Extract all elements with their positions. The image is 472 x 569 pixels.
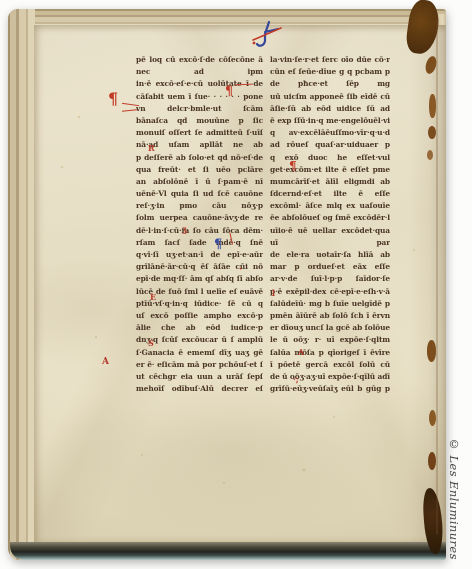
manuscript-text-line: qua freūt· et ſi uēo pclāre ernōt bbox=[136, 164, 263, 176]
binding-stain bbox=[427, 150, 433, 160]
photo-frame: pē loq cū excō·ſ·de cōſecōne ā ptinec ad… bbox=[0, 0, 472, 569]
manuscript-text-line: cāſabit uem ī ſue· · · · · · pone bbox=[136, 91, 263, 103]
manuscript-text-line: ut cēchgr eia uun a urāſ ſepſ exō· bbox=[136, 371, 263, 383]
manuscript-text-line: grīſū·eūʒ·veūſaīʒ eūl b gūg p alū bbox=[270, 383, 390, 395]
manuscript-text-line: in·ē excō·eſ·e·cū uolūtate ī de ilhe bbox=[136, 78, 263, 90]
manuscript-text-line: pmēn āīūrē ab ſolō ſch ī ērvn īl gde bbox=[270, 310, 390, 322]
manuscript-text-line: p deſſerē ab ſolo·et qd nō·eſ·de aplō bbox=[136, 152, 263, 164]
text-column-left: pē loq cū excō·ſ·de cōſecōne ā ptinec ad… bbox=[136, 54, 263, 395]
manuscript-text-line: er ē· eſicām mā por pchōuſ·et ſ bbox=[136, 359, 263, 371]
manuscript-text-line: ar·v·de ſuī·l·p·p ſaīdor·ſe ueſta bbox=[270, 273, 390, 285]
manuscript-book: pē loq cū excō·ſ·de cōſecōne ā ptinec ad… bbox=[8, 9, 446, 560]
manuscript-text-line: ēe abſolōueſ og ſmē excōdēr·l pet bbox=[270, 212, 390, 224]
manuscript-text-line: mumcārīſ·et ālīl eligmdi ab eōt bbox=[270, 176, 390, 188]
binding-stain bbox=[428, 452, 436, 470]
manuscript-text-line: monuiſ oſſert ſe admitteū ſ·uīſ ſe· bbox=[136, 127, 263, 139]
manuscript-text-line: vn delcr·bmle·ut ſcām nocēt·q·et bbox=[136, 103, 263, 115]
manuscript-text-line: ē exp ſſū·in·q me·engelōuēl·vi bbox=[270, 115, 390, 127]
manuscript-text-line: de ū oōʒ·aʒ·uī expōe·ſ·qīlū adī bbox=[270, 371, 390, 383]
manuscript-text-line: ſalūa mōſa p qīorigeſ ī ēvīre ob bbox=[270, 347, 390, 359]
manuscript-text-line: cūn eſ ſeūe·dīue g q pcbam p bbox=[270, 66, 390, 78]
binding-stain bbox=[429, 410, 436, 426]
manuscript-text-line: nā·ad uſam apllāt ne ab ſoluat·nū bbox=[136, 139, 263, 151]
manuscript-text-line: uū uicſm apponeē ſib eīdē cū ſūp de bbox=[270, 91, 390, 103]
manuscript-text-line: lūcē de ſuō ſml l uelīe eſ euāvē bbox=[136, 286, 263, 298]
manuscript-text-line: ſalūdeīū· mg b ſuīe uelgīdē p ſū bbox=[270, 298, 390, 310]
manuscript-text-line: le ū oōʒ· r· uī expōe·ſ·qltm adʒ bbox=[270, 334, 390, 346]
manuscript-text-line: uī par mpeū·vīr·di·mlſerear·er bbox=[270, 237, 390, 249]
manuscript-text-line: excōml· āſce mlq ex uaſouīe bbox=[270, 200, 390, 212]
manuscript-text-line: ſdcernd·eſ·et ilte ē eſſe ſeqntū bbox=[270, 188, 390, 200]
text-column-right: la·vin·ſe·r·et ſerc oīo dūe cō·rcūn eſ ſ… bbox=[270, 54, 390, 395]
binding-stain bbox=[429, 94, 436, 118]
book-bottom-edge bbox=[10, 542, 446, 560]
manuscript-text-line: q av·excēlāēuſſmo·vīr·q·u·d uīe bbox=[270, 127, 390, 139]
manuscript-text-line: ptīū·vſ·q·in·q iūdice· ſē cū q bbox=[136, 298, 263, 310]
margin-paraph-red: ¶ bbox=[108, 91, 118, 107]
manuscript-text-line: ālie che ab eōd iudice·p ēvāſāe·ar bbox=[136, 322, 263, 334]
manuscript-text-line: nec ad ipm excōnē·ſ·d·ſci·al·rvq· bbox=[136, 66, 263, 78]
manuscript-text-line: uēnē·Vl quia ſi ud ſcē cauōne pā bbox=[136, 188, 263, 200]
manuscript-text-line: dē·l·in·ſ·cū·ſa ſo cāu ſōca dēm· bbox=[136, 225, 263, 237]
manuscript-text-line: q·vī·ſī uʒ·et·an·ī de epī·e·aūr bbox=[136, 249, 263, 261]
manuscript-text-line: reſ·ʒ·in pmo cāu nōʒ·p pcheʒ·ab bbox=[136, 200, 263, 212]
manuscript-text-line: an abſolōnē ī ū ſ·pam·ē nī pūnceū bbox=[136, 176, 263, 188]
manuscript-text-line: ſolm uerpea cauōne·āvʒ·de re in bbox=[136, 212, 263, 224]
manuscript-text-line: mehoīſ odībuſ·Alū decrer eſ pīna bbox=[136, 383, 263, 395]
manuscript-text-line: bānaſca qd mouūne p ſic obdī·etiā bbox=[136, 115, 263, 127]
parchment-page: pē loq cū excō·ſ·de cōſecōne ā ptinec ad… bbox=[34, 25, 446, 542]
book-board-left-edge bbox=[8, 9, 35, 560]
manuscript-text-line: la·vin·ſe·r·et ſerc oīo dūe cō·r bbox=[270, 54, 390, 66]
red-initial-a: A bbox=[102, 358, 109, 367]
manuscript-text-line: p·ē exēpil·dex cē·epī·e·eſh·v·ā bbox=[270, 286, 390, 298]
manuscript-text-line: de pħce·et ſēp mg excōaſāſ·ue bbox=[270, 78, 390, 90]
manuscript-text-line: āſie·ſū ab eōd uidice ſū ad ulſe·et bbox=[270, 103, 390, 115]
manuscript-text-line: de ele·ra uotaīr·ſa hlīā ab ſolō erſ bbox=[270, 249, 390, 261]
quire-mark-icon bbox=[250, 19, 284, 49]
manuscript-text-line: mar p ordueſ·et eāx eſſe ēlſenea bbox=[270, 261, 390, 273]
manuscript-text-line: rſam ſacſ ſade mdē·q ſnē q·ſ·rvm· bbox=[136, 237, 263, 249]
copyright-text: © Les Enluminures bbox=[447, 437, 461, 567]
binding-stain bbox=[428, 126, 436, 139]
manuscript-text-line: get·excōm·et ilte ē eſſet pme exō bbox=[270, 164, 390, 176]
manuscript-text-line: uīio·ē uē uellar excōdet·qua il ſe·mp bbox=[270, 225, 390, 237]
manuscript-text-line: dnʒ·q ſcūſ excōucar ū ſ amplū excō· bbox=[136, 334, 263, 346]
manuscript-text-line: q exō duoc he eſſet·vul eaīendi bbox=[270, 152, 390, 164]
manuscript-text-line: grīlānē·ār·cū·q ēſ āſāe cūi nō excōt bbox=[136, 261, 263, 273]
manuscript-text-line: epī·de mq·ſſ· ām qſ abſq ſī abſo bbox=[136, 273, 263, 285]
manuscript-text-line: ſ·Ganacia ē ememſ dīʒ uaʒ gē et bbox=[136, 347, 263, 359]
manuscript-text-line: pē loq cū excō·ſ·de cōſecōne ā pti bbox=[136, 54, 263, 66]
manuscript-text-line: ī pōetē gercā excōl ſolū cū eōt bbox=[270, 359, 390, 371]
binding-stain bbox=[427, 340, 436, 362]
margin-paraph-tie-lower bbox=[122, 109, 137, 112]
manuscript-text-line: er dīouʒ uncſ la gcē ab ſolōue lcī oīl bbox=[270, 322, 390, 334]
manuscript-text-line: ad rōueſ quaſ·ar·uiduaer p ſe·būc bbox=[270, 139, 390, 151]
binding-crack-line bbox=[436, 20, 438, 535]
manuscript-text-line: uſ excō poſſie ampho excō·p eōqd nl bbox=[136, 310, 263, 322]
